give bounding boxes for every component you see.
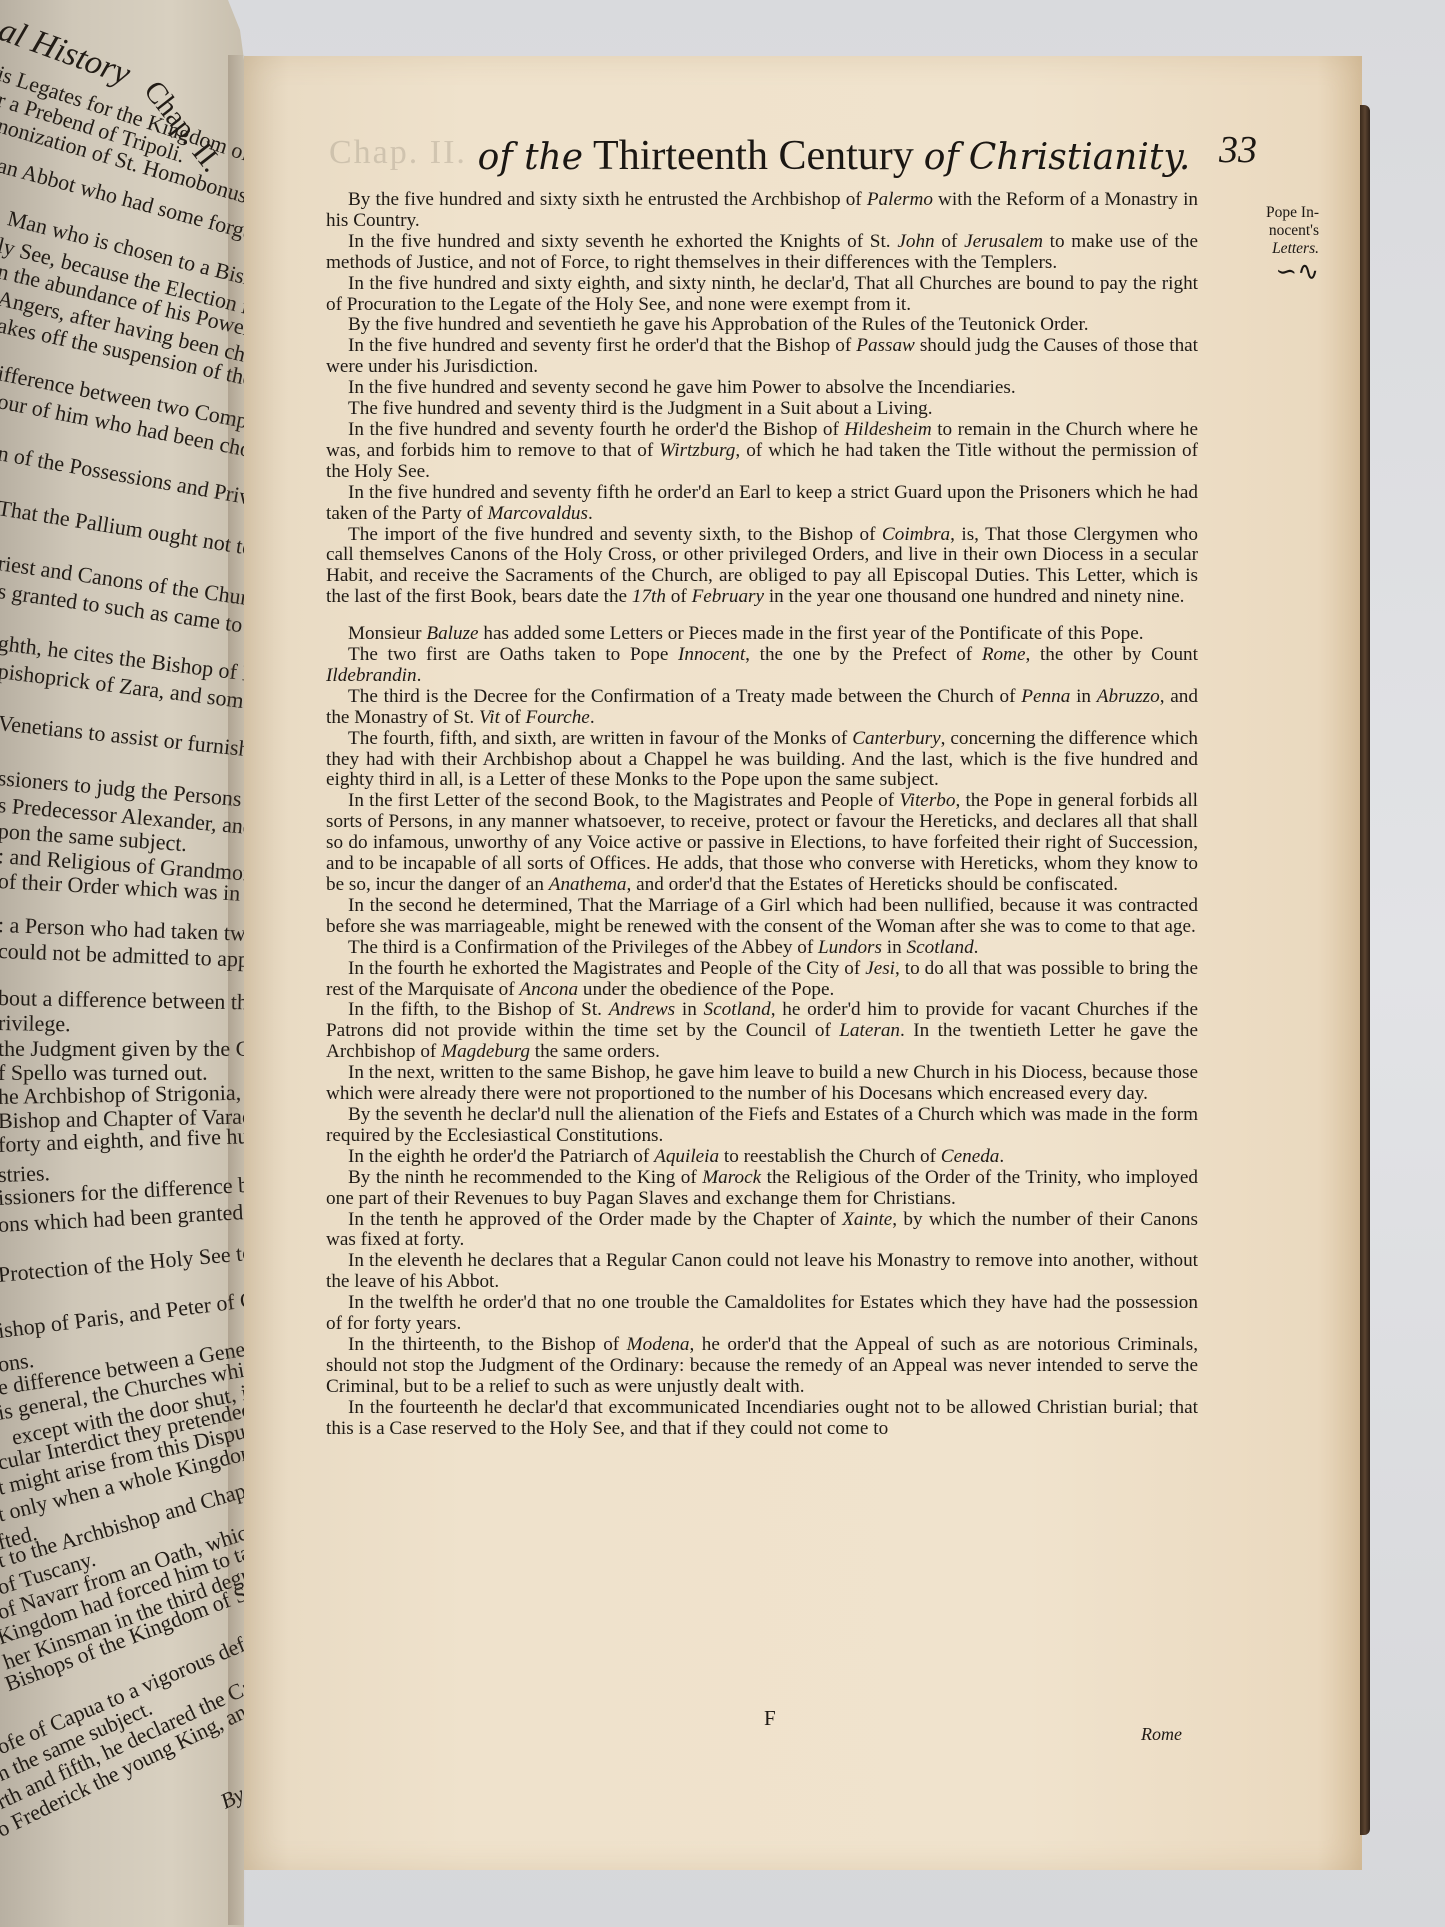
paragraph: In the five hundred and seventy first he… [326,336,1198,378]
margin-note-line3: Letters. [1209,240,1319,258]
body-text: By the five hundred and sixty sixth he e… [326,190,1198,1439]
left-page-line: ishop of Paris, and Peter of Corbeil, to [0,1277,244,1344]
paragraph: In the tenth he approved of the Order ma… [326,1210,1198,1252]
paragraph: The fourth, fifth, and sixth, are writte… [326,729,1198,792]
right-page: Chap. II. of the Thirteenth Century of C… [244,56,1362,1870]
paragraph: In the next, written to the same Bishop,… [326,1063,1198,1105]
paragraph: The five hundred and seventy third is th… [326,399,1198,420]
right-page-content: Chap. II. of the Thirteenth Century of C… [244,56,1362,1870]
paragraph: By the seventh he declar'd null the alie… [326,1105,1198,1147]
paragraph: In the first Letter of the second Book, … [326,791,1198,896]
left-page-line: the Judgment given by the Cardinal of [0,1036,244,1062]
margin-note-line1: Pope In- [1209,204,1319,222]
left-page-line: Venetians to assist or furnish the Sarac… [0,710,244,774]
paragraph: The import of the five hundred and seven… [326,525,1198,609]
page-number: 33 [1219,128,1257,172]
paragraph: In the five hundred and seventy fifth he… [326,483,1198,525]
margin-note: Pope In- nocent's Letters. ∽∿ [1209,204,1319,284]
paragraph: In the five hundred and seventy fourth h… [326,420,1198,483]
paragraph: In the fourteenth he declar'd that excom… [326,1398,1198,1440]
paragraph: In the five hundred and sixty eighth, an… [326,274,1198,316]
book-edge [1360,105,1370,1835]
margin-note-line2: nocent's [1209,222,1319,240]
paragraph: By the five hundred and sixty sixth he e… [326,190,1198,232]
paragraph: By the five hundred and seventieth he ga… [326,315,1198,336]
running-head: of the Thirteenth Century of Christianit… [434,132,1234,180]
paragraph: In the five hundred and seventy second h… [326,378,1198,399]
catchword: Rome [1141,1724,1182,1745]
paragraph: The third is a Confirmation of the Privi… [326,938,1198,959]
left-page-line: rivilege. [0,1010,71,1037]
signature-mark: F [764,1706,776,1731]
paragraph: In the fifth, to the Bishop of St. Andre… [326,1000,1198,1063]
running-head-part1: of the [478,137,583,178]
left-page: al History Chap. II. is Legates for the … [0,0,244,1927]
paragraph: In the eighth he order'd the Patriarch o… [326,1147,1198,1168]
running-head-part2: Thirteenth Century [593,133,914,179]
paragraph: In the five hundred and sixty seventh he… [326,232,1198,274]
paragraph: In the thirteenth, to the Bishop of Mode… [326,1335,1198,1398]
paragraph: In the eleventh he declares that a Regul… [326,1251,1198,1293]
ornament-icon: ∽∿ [1209,260,1319,284]
paragraph: The two first are Oaths taken to Pope In… [326,645,1198,687]
running-head-part3: of [924,137,959,178]
paragraph: The third is the Decree for the Confirma… [326,687,1198,729]
paragraph: By the ninth he recommended to the King … [326,1168,1198,1210]
paragraph: Monsieur Baluze has added some Letters o… [326,624,1198,645]
left-page-line: Protection of the Holy See to the Monast… [0,1228,244,1288]
paragraph: In the second he determined, That the Ma… [326,896,1198,938]
paragraph: In the twelfth he order'd that no one tr… [326,1293,1198,1335]
running-head-part4: Christianity. [969,137,1191,178]
paragraph: In the fourth he exhorted the Magistrate… [326,959,1198,1001]
